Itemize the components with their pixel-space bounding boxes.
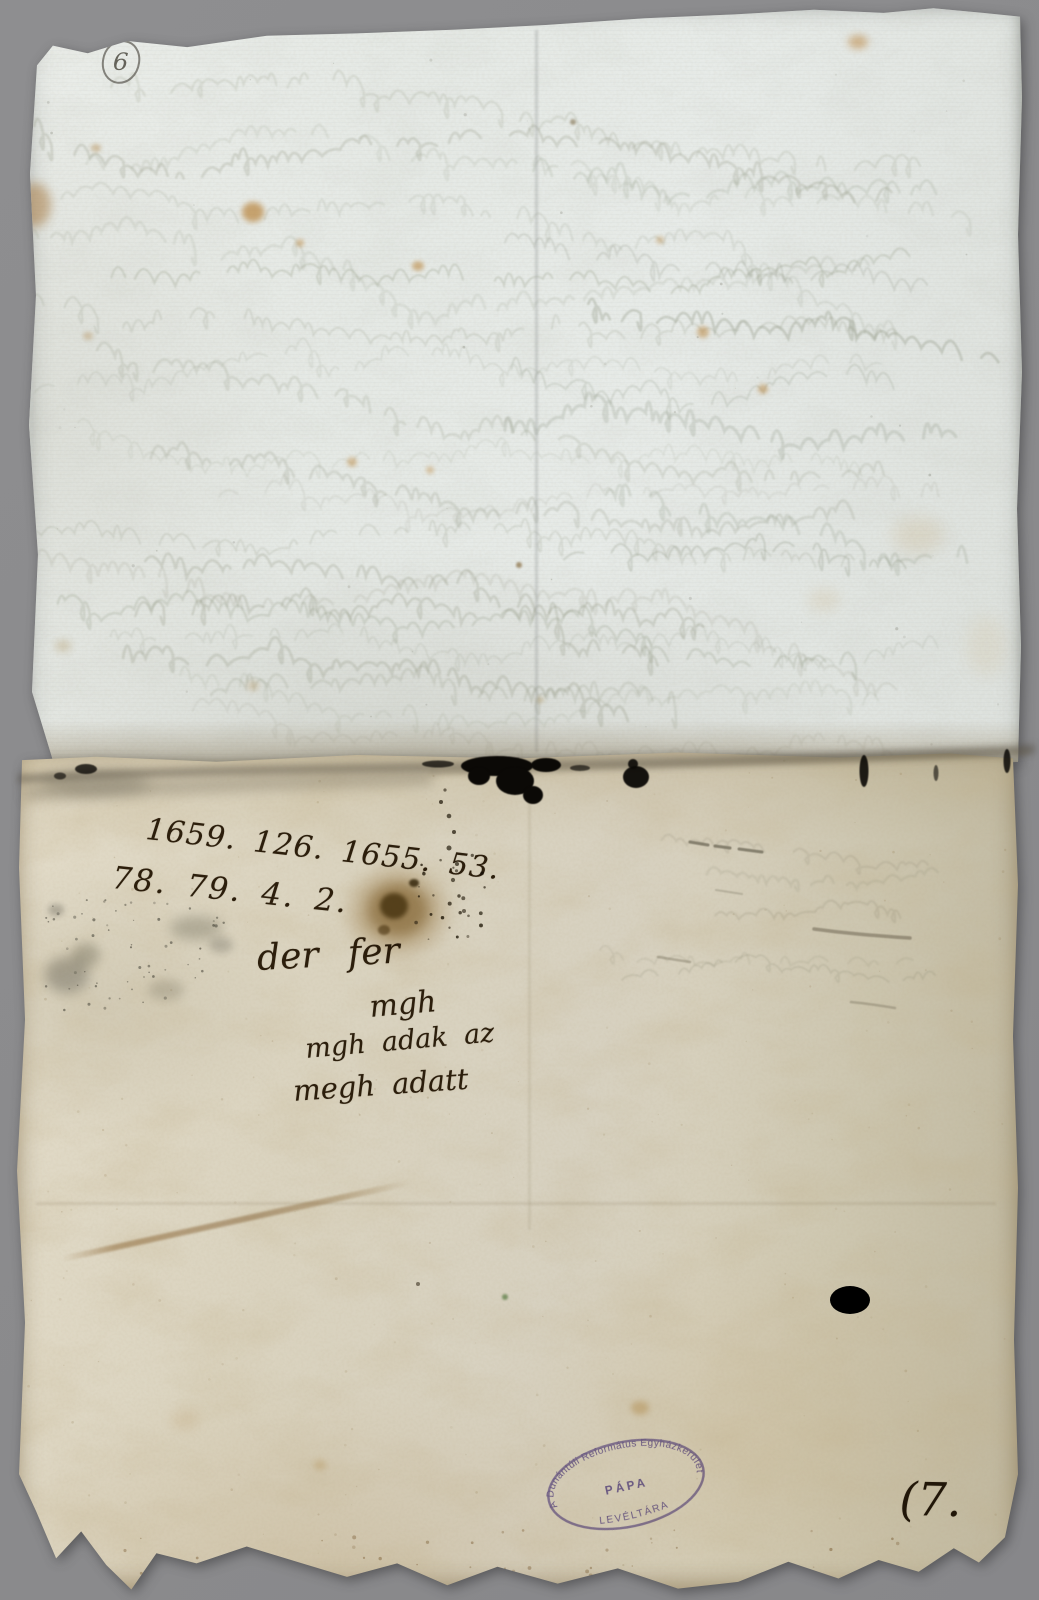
inscription-line-2: mgh <box>368 984 438 1025</box>
paper-grain <box>28 6 1023 768</box>
upper-leaf-texture <box>28 6 1023 768</box>
upper-leaf-shadow: 6 <box>28 6 1023 768</box>
folio-number: (7. <box>899 1472 962 1527</box>
lower-leaf-shadow: 1659. 126. 1655. 53. 78. 79. 4. 2. der f… <box>16 750 1019 1592</box>
stamp-bottom-text: LEVÉLTÁRA <box>597 1499 671 1529</box>
manuscript-upper-leaf: 6 <box>28 6 1023 768</box>
crease-horizontal <box>36 1202 996 1205</box>
fold-crease-vertical-lower <box>528 760 531 1230</box>
scan-canvas: 6 1659. 126. 1655. 53. 78. 79. 4. 2. der… <box>0 0 1039 1600</box>
svg-text:LEVÉLTÁRA: LEVÉLTÁRA <box>597 1499 671 1529</box>
inscription-line-1: der fer <box>256 931 401 979</box>
stamp-center-text: PÁPA <box>604 1476 649 1498</box>
manuscript-lower-leaf: 1659. 126. 1655. 53. 78. 79. 4. 2. der f… <box>16 750 1019 1592</box>
fold-crease-vertical-upper <box>535 30 538 752</box>
pencil-folio-number: 6 <box>113 48 130 77</box>
